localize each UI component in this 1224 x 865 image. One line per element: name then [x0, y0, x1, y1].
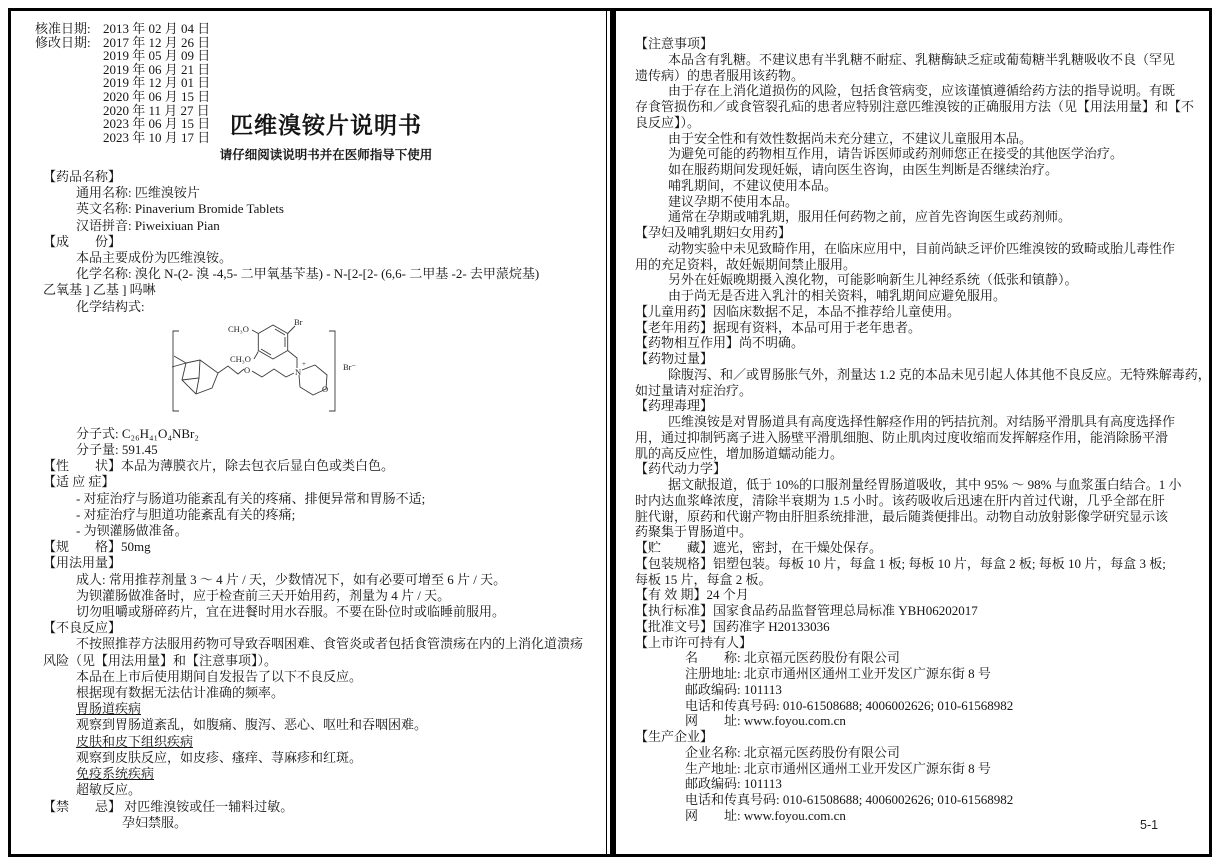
left-column-top-lines: 【药品名称】通用名称: 匹维溴铵片英文名称: Pinaverium Bromid…: [43, 169, 603, 315]
right-column-body: 【注意事项】本品含有乳糖。不建议患有半乳糖不耐症、乳糖酶缺乏症或葡萄糖半乳糖吸收…: [635, 36, 1209, 824]
text-line: 【成 份】: [43, 234, 603, 250]
text-line: 电话和传真号码: 010-61508688; 4006002626; 010-6…: [635, 792, 1209, 808]
positive-charge-label: +: [302, 360, 306, 368]
text-line: 成人: 常用推荐剂量 3 ～ 4 片 / 天，少数情况下，如有必要可增至 6 片…: [43, 572, 603, 588]
text-line: 匹维溴铵是对胃肠道具有高度选择性解痉作用的钙拮抗剂。对结肠平滑肌具有高度选择作: [635, 414, 1209, 430]
left-column-bottom-lines: 分子式: C₂₆H₄₁O₄NBr₂分子量: 591.45【性 状】本品为薄膜衣片…: [43, 426, 603, 831]
text-line: - 对症治疗与肠道功能紊乱有关的疼痛、排便异常和胃肠不适;: [43, 491, 603, 507]
text-line: 化学结构式:: [43, 299, 603, 315]
methoxy-top-label: CH₃O: [228, 324, 249, 334]
text-line: 网 址: www.foyou.com.cn: [635, 808, 1209, 824]
text-line: 【孕妇及哺乳期妇女用药】: [635, 225, 1209, 241]
text-line: 【儿童用药】因临床数据不足，本品不推荐给儿童使用。: [635, 304, 1209, 320]
text-line: 乙氧基 ] 乙基 ] 吗啉: [43, 282, 603, 298]
text-line: 肌的高反应性，增加肠道蠕动能力。: [635, 446, 1209, 462]
text-line: 根据现有数据无法估计准确的频率。: [43, 685, 603, 701]
revision-date-value: 2019 年 12 月 01 日: [35, 76, 210, 90]
text-line: 【适 应 症】: [43, 474, 603, 490]
text-line: 为避免可能的药物相互作用，请告诉医师或药剂师您正在接受的其他医学治疗。: [635, 146, 1209, 162]
text-line: 用，通过抑制钙离子进入肠壁平滑肌细胞、防止肌肉过度收缩而发挥解痉作用，能消除肠平…: [635, 430, 1209, 446]
ether-oxygen-label: O: [244, 365, 250, 375]
text-line: 电话和传真号码: 010-61508688; 4006002626; 010-6…: [635, 698, 1209, 714]
ring-oxygen-label: O: [322, 384, 328, 394]
text-line: 由于安全性和有效性数据尚未充分建立，不建议儿童服用本品。: [635, 131, 1209, 147]
revision-date-row: 修改日期:2017 年 12 月 26 日: [35, 36, 210, 50]
text-line: 邮政编码: 101113: [635, 682, 1209, 698]
text-line: 由于尚无是否进入乳汁的相关资料，哺乳期间应避免服用。: [635, 288, 1209, 304]
text-line: 分子式: C₂₆H₄₁O₄NBr₂: [43, 426, 603, 442]
text-line: 通用名称: 匹维溴铵片: [43, 185, 603, 201]
text-line: 良反应】）。: [635, 115, 1209, 131]
chemical-structure-icon: CH₃O CH₃O Br O N + O Br⁻: [164, 318, 364, 418]
text-line: 【药理毒理】: [635, 398, 1209, 414]
text-line: 【规 格】50mg: [43, 539, 603, 555]
text-line: 生产地址: 北京市通州区通州工业开发区广源东街 8 号: [635, 761, 1209, 777]
text-line: 【不良反应】: [43, 620, 603, 636]
amine-nitrogen-label: N: [295, 367, 301, 377]
text-line: 切勿咀嚼或掰碎药片，宜在进餐时用水吞服。不要在卧位时或临睡前服用。: [43, 604, 603, 620]
text-line: 胃肠道疾病: [43, 701, 603, 717]
text-line: 汉语拼音: Piweixiuan Pian: [43, 218, 603, 234]
text-line: 【药代动力学】: [635, 461, 1209, 477]
text-line: 如在服药期间发现妊娠，请向医生咨询，由医生判断是否继续治疗。: [635, 162, 1209, 178]
text-line: 【用法用量】: [43, 555, 603, 571]
chemical-structure-diagram: CH₃O CH₃O Br O N + O Br⁻: [164, 318, 603, 420]
text-line: 化学名称: 溴化 N-(2- 溴 -4,5- 二甲氧基苄基) - N-[2-[2…: [43, 266, 603, 282]
text-line: 【禁 忌】 对匹维溴铵或任一辅料过敏。: [43, 799, 603, 815]
approval-date-label: 核准日期:: [35, 22, 103, 36]
text-line: 不按照推荐方法服用药物可导致吞咽困难、食管炎或者包括食管溃疡在内的上消化道溃疡: [43, 636, 603, 652]
text-line: 企业名称: 北京福元医药股份有限公司: [635, 745, 1209, 761]
text-line: 【药物相互作用】尚不明确。: [635, 335, 1209, 351]
text-line: 【药品名称】: [43, 169, 603, 185]
approval-date-row: 核准日期:2013 年 02 月 04 日: [35, 22, 210, 36]
page-title: 匹维溴铵片说明书: [161, 107, 491, 140]
text-line: 如过量请对症治疗。: [635, 383, 1209, 399]
bromo-label: Br: [294, 318, 303, 327]
revision-date-value: 2019 年 05 月 09 日: [35, 49, 210, 63]
text-line: 【注意事项】: [635, 36, 1209, 52]
text-line: 【生产企业】: [635, 729, 1209, 745]
revision-date-value: 2017 年 12 月 26 日: [103, 36, 210, 50]
text-line: 【药物过量】: [635, 351, 1209, 367]
text-line: 【执行标准】国家食品药品监督管理总局标准 YBH06202017: [635, 603, 1209, 619]
text-line: 存食管损伤和／或食管裂孔疝的患者应特别注意匹维溴铵的正确服用方法（见【用法用量】…: [635, 99, 1209, 115]
text-line: 每板 15 片，每盒 2 板。: [635, 572, 1209, 588]
text-line: 【批准文号】国药准字 H20133036: [635, 619, 1209, 635]
text-line: 另外在妊娠晚期摄入溴化物，可能影响新生儿神经系统（低张和镇静）。: [635, 272, 1209, 288]
text-line: 皮肤和皮下组织疾病: [43, 734, 603, 750]
text-line: 哺乳期间，不建议使用本品。: [635, 178, 1209, 194]
text-line: 风险（见【用法用量】和【注意事项】）。: [43, 653, 603, 669]
text-line: 用的充足资料，故妊娠期间禁止服用。: [635, 257, 1209, 273]
text-line: 英文名称: Pinaverium Bromide Tablets: [43, 201, 603, 217]
text-line: 遗传病）的患者服用该药物。: [635, 68, 1209, 84]
text-line: 本品主要成份为匹维溴铵。: [43, 250, 603, 266]
page-number: 5-1: [1140, 818, 1158, 832]
left-column-body: 【药品名称】通用名称: 匹维溴铵片英文名称: Pinaverium Bromid…: [43, 169, 603, 831]
page-divider-bar: [610, 11, 616, 854]
page-divider-thin-line: [606, 11, 607, 854]
text-line: 注册地址: 北京市通州区通州工业开发区广源东街 8 号: [635, 666, 1209, 682]
revision-date-label: 修改日期:: [35, 36, 103, 50]
text-line: 【有 效 期】24 个月: [635, 587, 1209, 603]
text-line: 【上市许可持有人】: [635, 635, 1209, 651]
text-line: 时内达血浆峰浓度，清除半衰期为 1.5 小时。该药吸收后迅速在肝内首过代谢，几乎…: [635, 493, 1209, 509]
text-line: 观察到胃肠道紊乱，如腹痛、腹泻、恶心、呕吐和吞咽困难。: [43, 717, 603, 733]
approval-date-value: 2013 年 02 月 04 日: [103, 22, 210, 36]
text-line: - 为钡灌肠做准备。: [43, 523, 603, 539]
text-line: 本品在上市后使用期间自发报告了以下不良反应。: [43, 669, 603, 685]
text-line: 建议孕期不使用本品。: [635, 194, 1209, 210]
text-line: 孕妇禁服。: [43, 815, 603, 831]
text-line: 名 称: 北京福元医药股份有限公司: [635, 650, 1209, 666]
methoxy-mid-label: CH₃O: [230, 354, 251, 364]
text-line: 超敏反应。: [43, 782, 603, 798]
revision-date-value: 2020 年 06 月 15 日: [35, 90, 210, 104]
text-line: - 对症治疗与胆道功能紊乱有关的疼痛;: [43, 507, 603, 523]
text-line: 免疫系统疾病: [43, 766, 603, 782]
text-line: 为钡灌肠做准备时，应于检查前三天开始用药，剂量为 4 片 / 天。: [43, 588, 603, 604]
text-line: 观察到皮肤反应，如皮疹、瘙痒、荨麻疹和红斑。: [43, 750, 603, 766]
text-line: 【贮 藏】遮光，密封，在干燥处保存。: [635, 540, 1209, 556]
text-line: 通常在孕期或哺乳期，服用任何药物之前，应首先咨询医生或药剂师。: [635, 209, 1209, 225]
text-line: 本品含有乳糖。不建议患有半乳糖不耐症、乳糖酶缺乏症或葡萄糖半乳糖吸收不良（罕见: [635, 52, 1209, 68]
page-subtitle: 请仔细阅读说明书并在医师指导下使用: [161, 145, 491, 163]
text-line: 分子量: 591.45: [43, 442, 603, 458]
text-line: 动物实验中未见致畸作用，在临床应用中，目前尚缺乏评价匹维溴铵的致畸或胎儿毒性作: [635, 241, 1209, 257]
counter-ion-label: Br⁻: [343, 362, 356, 372]
text-line: 【性 状】本品为薄膜衣片，除去包衣后显白色或类白色。: [43, 458, 603, 474]
text-line: 网 址: www.foyou.com.cn: [635, 713, 1209, 729]
text-line: 药聚集于胃肠道中。: [635, 524, 1209, 540]
text-line: 脏代谢，原药和代谢产物由肝胆系统排泄，最后随粪便排出。动物自动放射影像学研究显示…: [635, 509, 1209, 525]
revision-date-value: 2019 年 06 月 21 日: [35, 63, 210, 77]
text-line: 由于存在上消化道损伤的风险，包括食管病变，应该谨慎遵循给药方法的指导说明。有既: [635, 83, 1209, 99]
left-page: 核准日期:2013 年 02 月 04 日 修改日期:2017 年 12 月 2…: [11, 11, 606, 854]
text-line: 据文献报道，低于 10%的口服剂量经胃肠道吸收，其中 95% ～ 98% 与血浆…: [635, 477, 1209, 493]
text-line: 【包装规格】铝塑包装。每板 10 片，每盒 1 板; 每板 10 片，每盒 2 …: [635, 556, 1209, 572]
text-line: 【老年用药】据现有资料，本品可用于老年患者。: [635, 320, 1209, 336]
text-line: 邮政编码: 101113: [635, 776, 1209, 792]
right-page: 【注意事项】本品含有乳糖。不建议患有半乳糖不耐症、乳糖酶缺乏症或葡萄糖半乳糖吸收…: [617, 11, 1209, 854]
text-line: 除腹泻、和／或胃肠胀气外，剂量达 1.2 克的本品未见引起人体其他不良反应。无特…: [635, 367, 1209, 383]
